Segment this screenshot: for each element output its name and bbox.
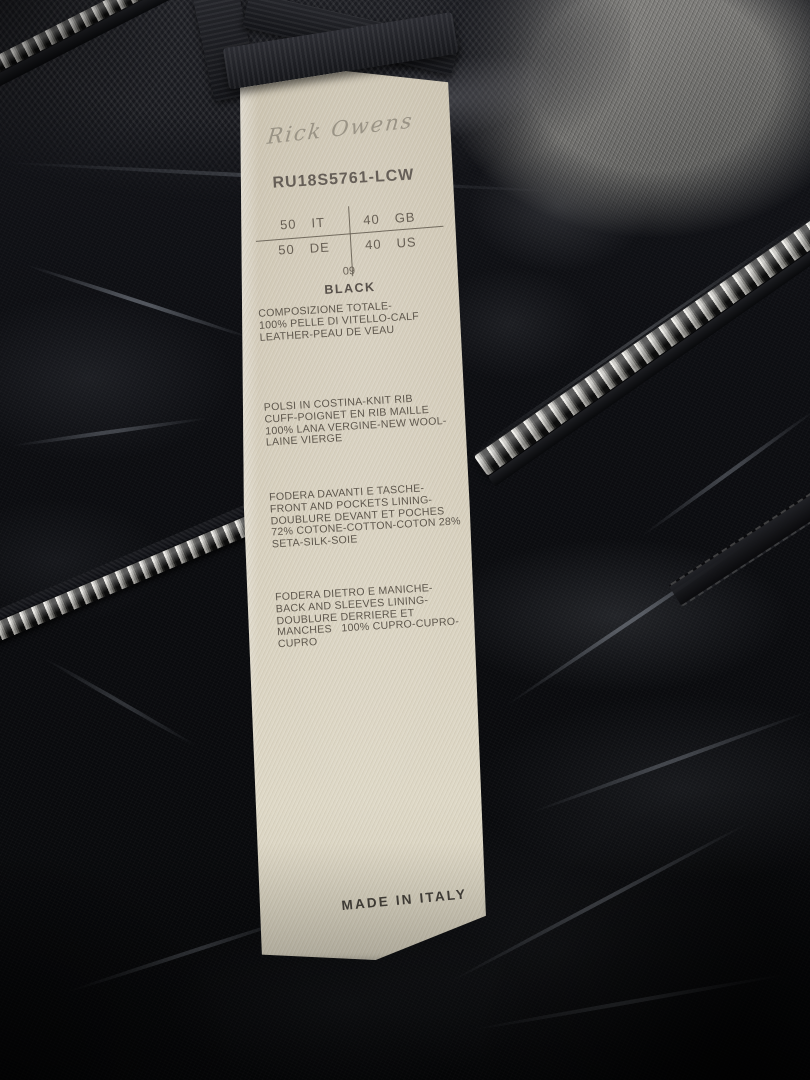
- size-value: 40: [365, 236, 382, 252]
- size-cell-it: 50 IT: [259, 214, 347, 234]
- size-region: IT: [311, 215, 325, 231]
- jacket-label-photo: Rick Owens RU18S5761-LCW 50 IT 40 GB 50: [0, 0, 810, 1080]
- made-in-italy: MADE IN ITALY: [309, 883, 500, 916]
- composition-cuffs: POLSI IN COSTINA-KNIT RIB CUFF-POIGNET E…: [264, 391, 466, 450]
- size-value: 50: [280, 216, 297, 232]
- brand-signature: Rick Owens: [212, 102, 470, 155]
- composition-back-lining: FODERA DIETRO E MANICHE- BACK AND SLEEVE…: [275, 581, 478, 652]
- size-cell-de: 50 DE: [260, 238, 348, 258]
- size-value: 40: [363, 212, 380, 228]
- size-table: 50 IT 40 GB 50 DE 40 US: [258, 203, 435, 263]
- size-region: DE: [309, 240, 330, 256]
- size-region: US: [396, 234, 417, 250]
- size-value: 50: [278, 242, 295, 258]
- size-cell-us: 40 US: [347, 233, 435, 253]
- style-code: RU18S5761-LCW: [216, 163, 471, 196]
- size-cell-gb: 40 GB: [346, 208, 434, 228]
- care-label: Rick Owens RU18S5761-LCW 50 IT 40 GB 50: [236, 56, 490, 960]
- composition-front-lining: FODERA DAVANTI E TASCHE- FRONT AND POCKE…: [269, 481, 472, 552]
- size-region: GB: [394, 209, 416, 225]
- composition-total: COMPOSIZIONE TOTALE- 100% PELLE DI VITEL…: [258, 297, 460, 344]
